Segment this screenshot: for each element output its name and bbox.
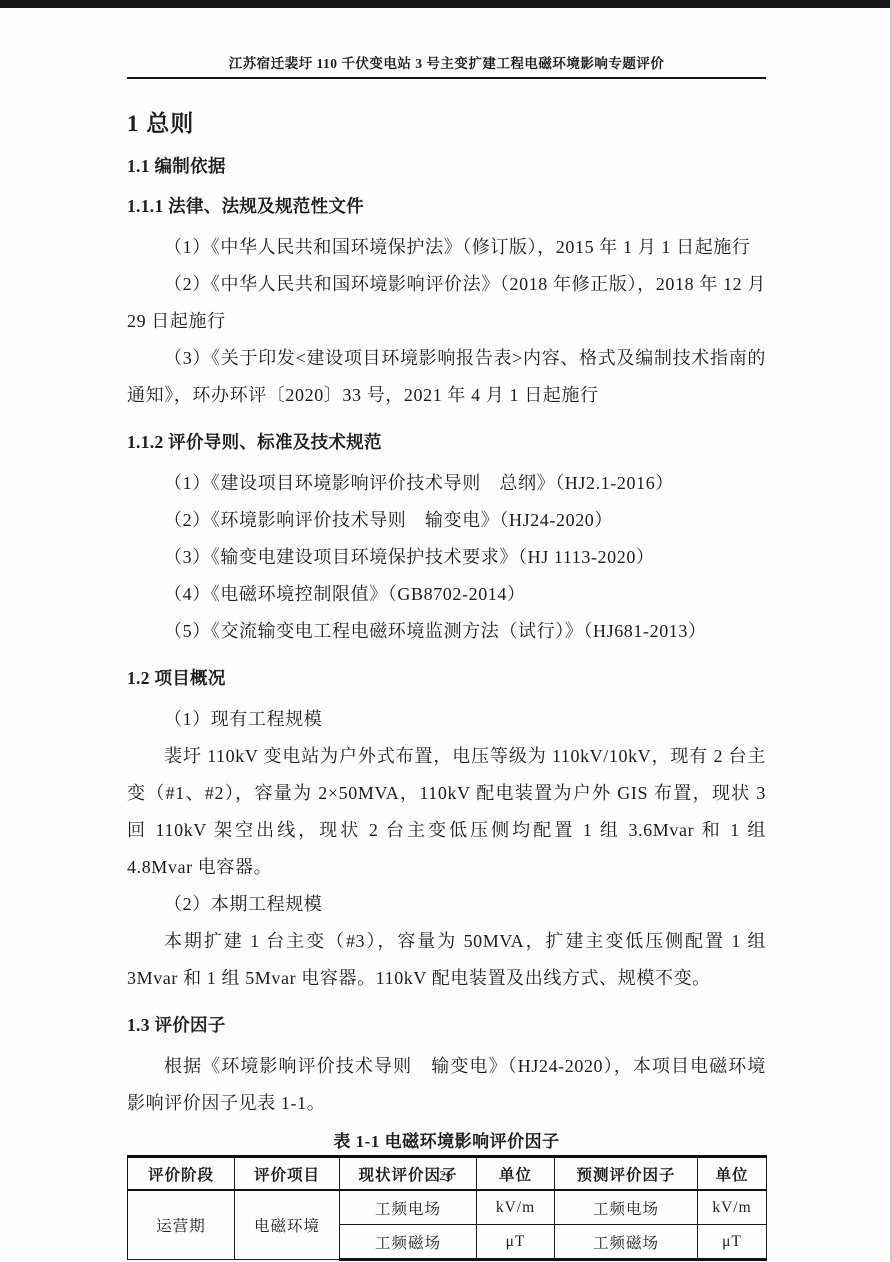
table-cell: μT	[698, 1225, 767, 1260]
subsection-label-current-scale: （2）本期工程规模	[127, 886, 766, 923]
regulation-item: （3）《关于印发<建设项目环境影响报告表>内容、格式及编制技术指南的通知》，环办…	[127, 340, 766, 414]
table-cell: 工频电场	[340, 1190, 477, 1225]
section-heading-1-1-2: 1.1.2 评价导则、标准及技术规范	[127, 429, 766, 454]
section-heading-1-1-1: 1.1.1 法律、法规及规范性文件	[127, 193, 766, 218]
table-cell-project: 电磁环境	[235, 1190, 340, 1260]
running-header-title: 江苏宿迁裴圩 110 千伏变电站 3 号主变扩建工程电磁环境影响专题评价	[127, 52, 766, 72]
table-cell: 工频磁场	[555, 1225, 698, 1260]
regulation-item: （2）《中华人民共和国环境影响评价法》（2018 年修正版），2018 年 12…	[127, 266, 766, 340]
section-heading-1-1: 1.1 编制依据	[127, 153, 766, 178]
table-caption: 表 1-1 电磁环境影响评价因子	[127, 1127, 766, 1152]
standard-item: （4）《电磁环境控制限值》（GB8702-2014）	[127, 576, 766, 613]
subsection-label-existing-scale: （1）现有工程规模	[127, 701, 766, 738]
standard-item: （3）《输变电建设项目环境保护技术要求》（HJ 1113-2020）	[127, 539, 766, 576]
scan-artifact-top-strip	[0, 0, 892, 8]
paragraph-evaluation-factors: 根据《环境影响评价技术导则 输变电》（HJ24-2020），本项目电磁环境影响评…	[127, 1048, 766, 1122]
section-heading-1-2: 1.2 项目概况	[127, 665, 766, 690]
standard-item: （2）《环境影响评价技术导则 输变电》（HJ24-2020）	[127, 502, 766, 539]
running-header: 江苏宿迁裴圩 110 千伏变电站 3 号主变扩建工程电磁环境影响专题评价	[127, 52, 766, 79]
page-content: 江苏宿迁裴圩 110 千伏变电站 3 号主变扩建工程电磁环境影响专题评价 1 总…	[127, 52, 766, 1261]
document-page: 江苏宿迁裴圩 110 千伏变电站 3 号主变扩建工程电磁环境影响专题评价 1 总…	[0, 0, 892, 1262]
paragraph-existing-scale: 裴圩 110kV 变电站为户外式布置，电压等级为 110kV/10kV，现有 2…	[127, 738, 766, 886]
table-cell: 工频磁场	[340, 1225, 477, 1260]
table-row: 运营期 电磁环境 工频电场 kV/m 工频电场 kV/m	[128, 1190, 767, 1225]
table-cell: 工频电场	[555, 1190, 698, 1225]
paragraph-current-scale: 本期扩建 1 台主变（#3），容量为 50MVA，扩建主变低压侧配置 1 组 3…	[127, 923, 766, 997]
standard-item: （5）《交流输变电工程电磁环境监测方法（试行）》（HJ681-2013）	[127, 613, 766, 650]
table-cell: kV/m	[477, 1190, 555, 1225]
section-heading-1-3: 1.3 评价因子	[127, 1012, 766, 1037]
chapter-title: 1 总则	[127, 105, 766, 138]
standard-item: （1）《建设项目环境影响评价技术导则 总纲》（HJ2.1-2016）	[127, 465, 766, 502]
table-cell-stage: 运营期	[128, 1190, 235, 1260]
page-number: 26	[0, 1168, 892, 1184]
regulation-item: （1）《中华人民共和国环境保护法》（修订版），2015 年 1 月 1 日起施行	[127, 229, 766, 266]
table-cell: kV/m	[698, 1190, 767, 1225]
table-cell: μT	[477, 1225, 555, 1260]
